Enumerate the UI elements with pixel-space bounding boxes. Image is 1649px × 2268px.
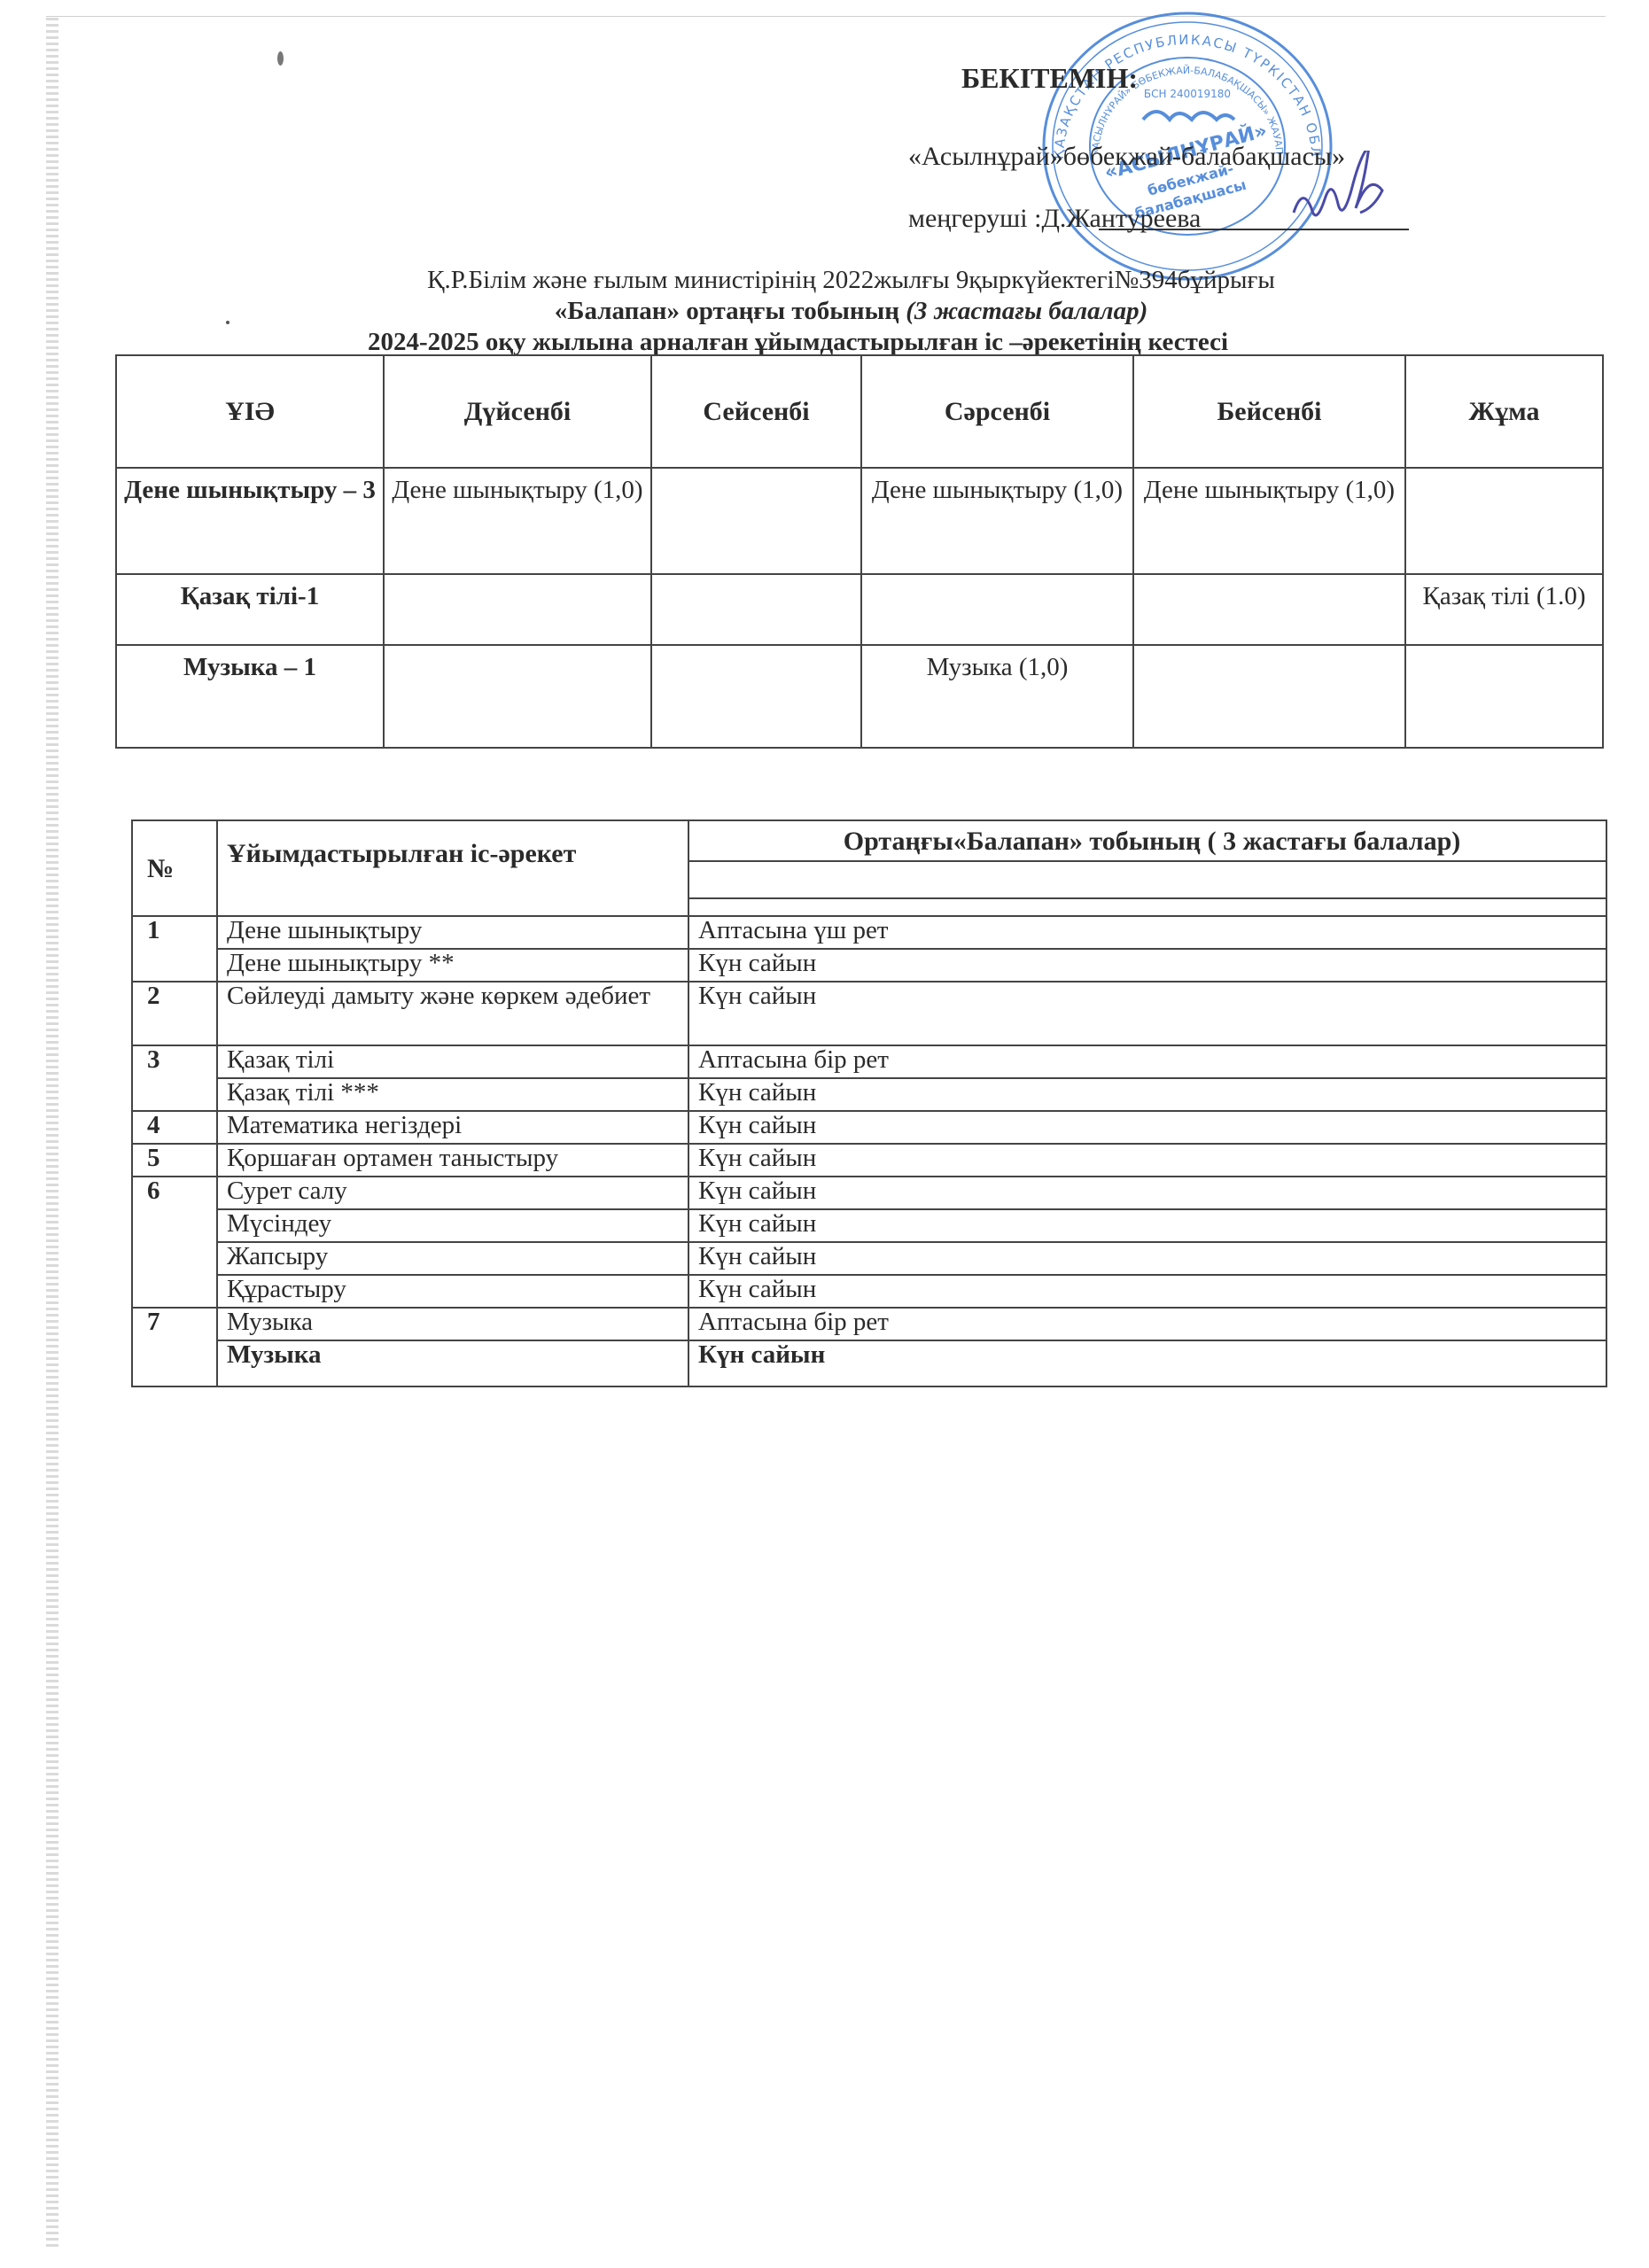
schedule-title: 2024-2025 оқу жылына арналған ұйымдастыр… — [0, 328, 1622, 357]
activity-name: Жапсыру — [217, 1242, 688, 1275]
order-reference: Қ.Р.Білім және ғылым министірінің 2022жы… — [27, 266, 1649, 295]
row-number: 7 — [132, 1308, 217, 1386]
header-number: № — [132, 820, 217, 916]
row-number: 5 — [132, 1144, 217, 1177]
schedule-cell: Дене шынықтыру (1,0) — [1133, 468, 1405, 574]
schedule-cell — [1405, 468, 1603, 574]
empty-cell — [688, 861, 1606, 898]
table-row: Музыка – 1 Музыка (1,0) — [116, 645, 1603, 748]
schedule-cell — [651, 468, 861, 574]
activity-frequency: Аптасына бір рет — [688, 1045, 1606, 1078]
activity-frequency: Күн сайын — [688, 1177, 1606, 1209]
group-title-main: «Балапан» ортаңғы тобының — [555, 297, 906, 325]
table-row: 2Сөйлеуді дамыту және көркем әдебиетКүн … — [132, 982, 1606, 1045]
activity-name: Дене шынықтыру ** — [217, 949, 688, 982]
activity-name: Қоршаған ортамен таныстыру — [217, 1144, 688, 1177]
row-number: 3 — [132, 1045, 217, 1111]
schedule-cell — [384, 574, 651, 645]
activity-frequency: Күн сайын — [688, 1209, 1606, 1242]
table-row: 7МузыкаАптасына бір рет — [132, 1308, 1606, 1340]
table-row: 4Математика негіздеріКүн сайын — [132, 1111, 1606, 1144]
activity-name: Музыка — [217, 1340, 688, 1386]
table-row: 5Қоршаған ортамен таныстыруКүн сайын — [132, 1144, 1606, 1177]
activity-name: Мүсіндеу — [217, 1209, 688, 1242]
activity-frequency: Аптасына бір рет — [688, 1308, 1606, 1340]
activity-name: Қазақ тілі — [217, 1045, 688, 1078]
schedule-cell: Қазақ тілі (1.0) — [1405, 574, 1603, 645]
row-number: 1 — [132, 916, 217, 982]
subject-cell: Дене шынықтыру – 3 — [116, 468, 384, 574]
table-row: Дене шынықтыру **Күн сайын — [132, 949, 1606, 982]
group-title: «Балапан» ортаңғы тобының (3 жастағы бал… — [27, 297, 1649, 326]
activity-frequency: Күн сайын — [688, 982, 1606, 1045]
schedule-cell: Дене шынықтыру (1,0) — [861, 468, 1133, 574]
activity-name: Музыка — [217, 1308, 688, 1340]
activity-name: Дене шынықтыру — [217, 916, 688, 949]
header-tuesday: Сейсенбі — [651, 355, 861, 468]
subject-cell: Қазақ тілі-1 — [116, 574, 384, 645]
activity-name: Сөйлеуді дамыту және көркем әдебиет — [217, 982, 688, 1045]
header-thursday: Бейсенбі — [1133, 355, 1405, 468]
header-wednesday: Сәрсенбі — [861, 355, 1133, 468]
subject-cell: Музыка – 1 — [116, 645, 384, 748]
scan-speck — [277, 51, 284, 66]
table-row: Қазақ тілі ***Күн сайын — [132, 1078, 1606, 1111]
activity-name: Құрастыру — [217, 1275, 688, 1308]
activity-frequency: Күн сайын — [688, 949, 1606, 982]
scan-edge-top — [46, 16, 1606, 17]
table-row: ЖапсыруКүн сайын — [132, 1242, 1606, 1275]
schedule-cell — [1405, 645, 1603, 748]
header-group: Ортаңғы«Балапан» тобының ( 3 жастағы бал… — [688, 820, 1606, 861]
activity-name: Математика негіздері — [217, 1111, 688, 1144]
empty-cell — [688, 898, 1606, 916]
stamp-bin: БСН 240019180 — [1144, 88, 1231, 100]
group-title-age: (3 жастағы балалар) — [906, 297, 1147, 325]
activity-frequency: Күн сайын — [688, 1111, 1606, 1144]
schedule-cell: Музыка (1,0) — [861, 645, 1133, 748]
row-number: 2 — [132, 982, 217, 1045]
schedule-cell — [1133, 574, 1405, 645]
schedule-cell: Дене шынықтыру (1,0) — [384, 468, 651, 574]
activity-name: Сурет салу — [217, 1177, 688, 1209]
schedule-header-row: ҰІӘ Дүйсенбі Сейсенбі Сәрсенбі Бейсенбі … — [116, 355, 1603, 468]
table-row: 3Қазақ тіліАптасына бір рет — [132, 1045, 1606, 1078]
table-row: 6Сурет салуКүн сайын — [132, 1177, 1606, 1209]
table-row: Қазақ тілі-1 Қазақ тілі (1.0) — [116, 574, 1603, 645]
weekly-schedule-table: ҰІӘ Дүйсенбі Сейсенбі Сәрсенбі Бейсенбі … — [115, 354, 1604, 749]
activity-frequency: Күн сайын — [688, 1242, 1606, 1275]
plan-header-row: № Ұйымдастырылған іс-әрекет Ортаңғы«Бала… — [132, 820, 1606, 861]
schedule-cell — [651, 574, 861, 645]
activity-frequency-table: № Ұйымдастырылған іс-әрекет Ортаңғы«Бала… — [131, 819, 1607, 1387]
schedule-cell — [651, 645, 861, 748]
table-row: Дене шынықтыру – 3 Дене шынықтыру (1,0) … — [116, 468, 1603, 574]
table-row: МузыкаКүн сайын — [132, 1340, 1606, 1386]
header-subject: ҰІӘ — [116, 355, 384, 468]
table-row: ҚұрастыруКүн сайын — [132, 1275, 1606, 1308]
activity-frequency: Күн сайын — [688, 1275, 1606, 1308]
header-activity: Ұйымдастырылған іс-әрекет — [217, 820, 688, 916]
header-friday: Жұма — [1405, 355, 1603, 468]
table-row: МүсіндеуКүн сайын — [132, 1209, 1606, 1242]
stamp-ornament-icon — [1143, 112, 1234, 120]
activity-frequency: Күн сайын — [688, 1078, 1606, 1111]
schedule-cell — [861, 574, 1133, 645]
activity-frequency: Аптасына үш рет — [688, 916, 1606, 949]
schedule-cell — [384, 645, 651, 748]
activity-frequency: Күн сайын — [688, 1144, 1606, 1177]
approval-heading: БЕКІТЕМІН: — [961, 62, 1138, 95]
schedule-cell — [1133, 645, 1405, 748]
activity-name: Қазақ тілі *** — [217, 1078, 688, 1111]
header-monday: Дүйсенбі — [384, 355, 651, 468]
table-row: 1Дене шынықтыруАптасына үш рет — [132, 916, 1606, 949]
signature-icon — [1285, 151, 1409, 248]
row-number: 4 — [132, 1111, 217, 1144]
row-number: 6 — [132, 1177, 217, 1308]
approval-organization: «Асылнұрай»бөбекжай-балабақшасы» — [908, 142, 1345, 172]
activity-frequency: Күн сайын — [688, 1340, 1606, 1386]
